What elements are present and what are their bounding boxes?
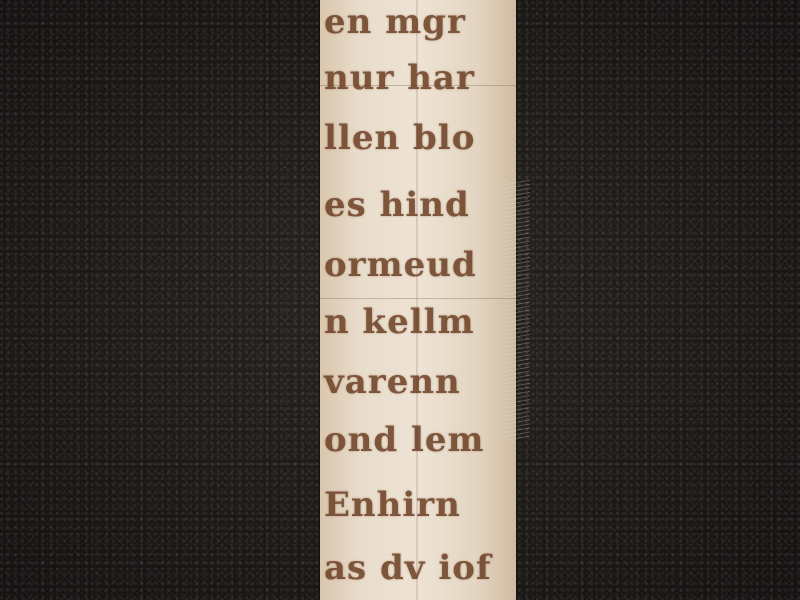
script-line: as dv iof (324, 548, 514, 588)
script-line: Enhirn (324, 485, 514, 525)
script-line: llen blo (324, 118, 514, 158)
script-line: n kellm (324, 302, 514, 342)
script-line: varenn (324, 362, 514, 402)
script-line: en mgr (324, 2, 514, 42)
script-line: nur har (324, 58, 514, 98)
tear-line (320, 298, 516, 299)
loose-fibers (505, 180, 530, 440)
script-line: ond lem (324, 420, 514, 460)
manuscript-strip: en mgr nur har llen blo es hind ormeud n… (320, 0, 516, 600)
script-line: es hind (324, 185, 514, 225)
script-line: ormeud (324, 245, 514, 285)
